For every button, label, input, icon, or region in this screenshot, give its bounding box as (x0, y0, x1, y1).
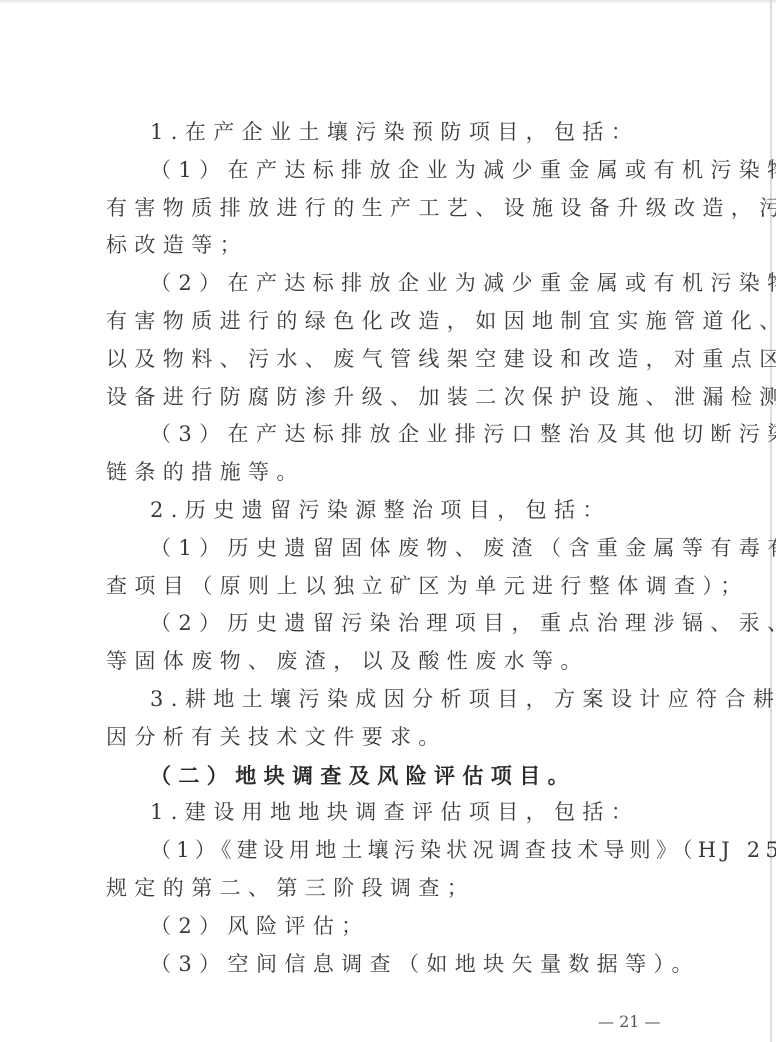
paragraph-line: 1.建设用地地块调查评估项目，包括： (106, 794, 690, 832)
paragraph-line: （2）风险评估； (106, 908, 690, 946)
paragraph-line: 有害物质排放进行的生产工艺、设施设备升级改造，污染治理设施提 (106, 190, 690, 228)
paragraph-line: （2）历史遗留污染治理项目，重点治理涉镉、汞、砷、铅、铬 (106, 605, 690, 643)
paragraph-line: 以及物料、污水、废气管线架空建设和改造，对重点区域和重点设施 (106, 341, 690, 379)
paragraph-line: 规定的第二、第三阶段调查； (106, 870, 690, 908)
paragraph-line: （3）在产达标排放企业排污口整治及其他切断污染物进入农田 (106, 416, 690, 454)
paragraph-line: （1）历史遗留固体废物、废渣（含重金属等有毒有害物质）调 (106, 530, 690, 568)
scan-right-edge (770, 0, 772, 1042)
paragraph-line: 查项目（原则上以独立矿区为单元进行整体调查）； (106, 568, 690, 606)
paragraph-line: 3.耕地土壤污染成因分析项目，方案设计应符合耕地土壤污染成 (106, 681, 690, 719)
page-number: — 21 — (598, 1012, 661, 1031)
paragraph-line: 2.历史遗留污染源整治项目，包括： (106, 492, 690, 530)
paragraph-line: （3）空间信息调查（如地块矢量数据等）。 (106, 946, 690, 984)
paragraph-line: 有害物质进行的绿色化改造，如因地制宜实施管道化、密闭化改造， (106, 303, 690, 341)
paragraph-line: 因分析有关技术文件要求。 (106, 719, 690, 757)
paragraph-line: 标改造等； (106, 227, 690, 265)
paragraph-line: 链条的措施等。 (106, 454, 690, 492)
paragraph-line: 等固体废物、废渣，以及酸性废水等。 (106, 643, 690, 681)
paragraph-line: 设备进行防腐防渗升级、加装二次保护设施、泄漏检测设施等； (106, 379, 690, 417)
paragraph-line: （2）在产达标排放企业为减少重金属或有机污染物等土壤有毒 (106, 265, 690, 303)
paragraph-line: （1）在产达标排放企业为减少重金属或有机污染物等土壤有毒 (106, 152, 690, 190)
section-heading: （二）地块调查及风险评估项目。 (106, 757, 690, 795)
paragraph-line: （1）《建设用地土壤污染状况调查技术导则》（HJ 25.1-2019） (106, 832, 690, 870)
document-body: 1.在产企业土壤污染预防项目，包括： （1）在产达标排放企业为减少重金属或有机污… (106, 114, 690, 983)
paragraph-line: 1.在产企业土壤污染预防项目，包括： (106, 114, 690, 152)
scan-top-edge (0, 0, 776, 4)
